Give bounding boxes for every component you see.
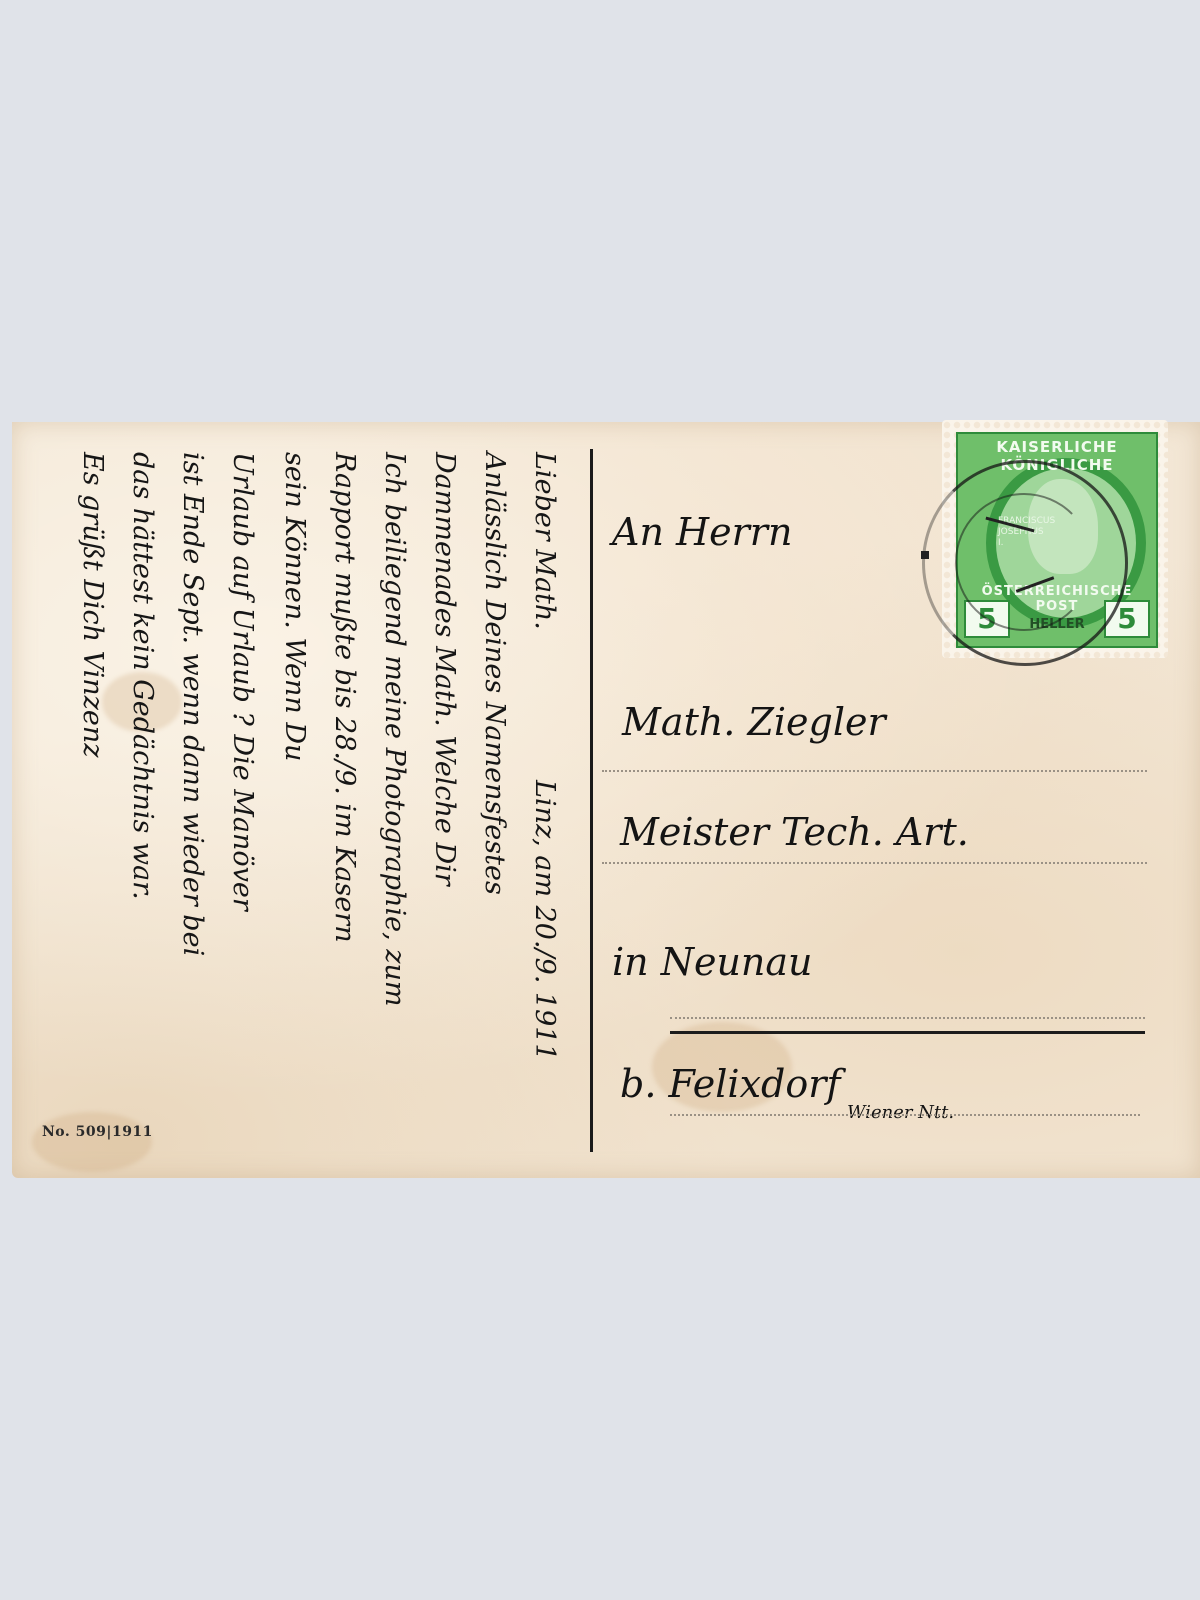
- address-name: Math. Ziegler: [622, 700, 886, 744]
- postcard: Lieber Math. Linz, am 20./9. 1911 Anläss…: [12, 422, 1200, 1178]
- postmark-inner-ring: [955, 493, 1093, 631]
- postmark-mark: [921, 551, 929, 559]
- address-dotted-line: [670, 1017, 1145, 1019]
- address-thick-line: [670, 1031, 1145, 1034]
- message-line: das hättest kein Gedächtnis war.: [127, 452, 158, 900]
- message-line: sein Können. Wenn Du: [279, 452, 310, 761]
- address-dotted-line: [670, 1114, 1140, 1116]
- address-salutation: An Herrn: [612, 510, 792, 554]
- postmark-icon: [922, 460, 1128, 666]
- address-region: Wiener Ntt.: [847, 1102, 954, 1123]
- message-greeting: Lieber Math.: [529, 452, 560, 630]
- message-line: Anlässlich Deines Namensfestes: [479, 452, 510, 895]
- message-line: ist Ende Sept. wenn dann wieder bei: [177, 452, 208, 956]
- paper-stain: [32, 1112, 152, 1172]
- message-signature: Es grüßt Dich Vinzenz: [77, 452, 108, 757]
- address-dotted-line: [602, 770, 1147, 772]
- message-place-date: Linz, am 20./9. 1911: [529, 780, 560, 1061]
- message-line: Ich beiliegend meine Photographie, zum: [379, 452, 410, 1006]
- message-line: Rapport mußte bis 28./9. im Kasern: [329, 452, 360, 943]
- address-dotted-line: [602, 862, 1147, 864]
- postage-stamp: KAISERLICHE KÖNIGLICHE ÖSTERREICHISCHE P…: [942, 420, 1172, 660]
- address-district: b. Felixdorf: [620, 1062, 840, 1106]
- address-place: in Neunau: [612, 940, 813, 984]
- divider-line: [590, 449, 593, 1152]
- message-line: Dammenades Math. Welche Dir: [429, 452, 460, 886]
- publisher-imprint: No. 509|1911: [42, 1124, 153, 1140]
- address-title: Meister Tech. Art.: [620, 810, 969, 854]
- message-line: Urlaub auf Urlaub ? Die Manöver: [227, 452, 258, 911]
